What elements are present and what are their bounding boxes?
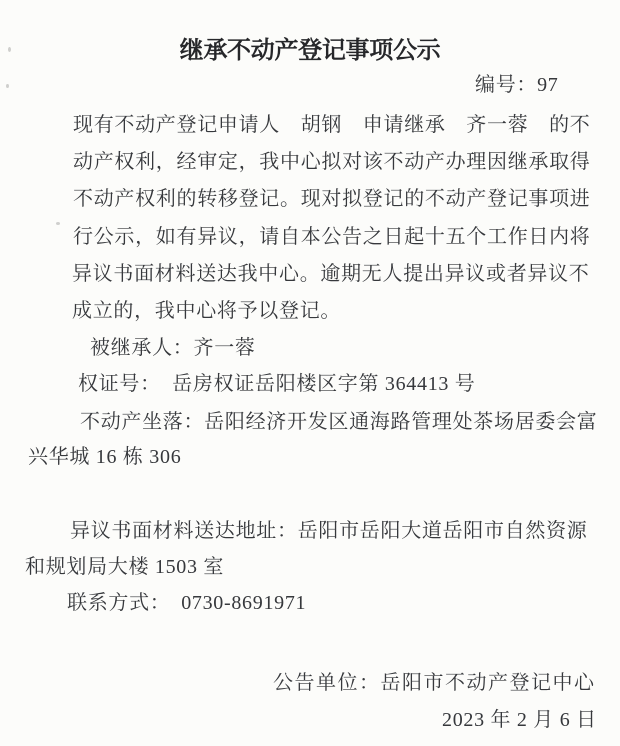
heir-field: 被继承人：齐一蓉 — [90, 337, 256, 359]
body-paragraph-line: 动产权利，经审定，我中心拟对该不动产办理因继承取得 — [73, 151, 591, 173]
scan-speck — [8, 47, 11, 52]
property-location-line: 不动产坐落：岳阳经济开发区通海路管理处茶场居委会富 — [80, 411, 598, 433]
body-paragraph-line: 行公示，如有异议，请自本公告之日起十五个工作日内将 — [73, 226, 591, 248]
contact-phone-field: 联系方式： 0730-8691971 — [67, 592, 306, 614]
body-paragraph-line: 成立的，我中心将予以登记。 — [72, 300, 341, 322]
document-number: 编号：97 — [475, 74, 559, 96]
property-location-line: 兴华城 16 栋 306 — [28, 446, 181, 468]
body-paragraph-line: 异议书面材料送达我中心。逾期无人提出异议或者异议不 — [72, 263, 590, 285]
document-title: 继承不动产登记事项公示 — [180, 30, 441, 65]
body-paragraph-line: 不动产权利的转移登记。现对拟登记的不动产登记事项进 — [73, 188, 591, 210]
objection-address-line: 和规划局大楼 1503 室 — [25, 556, 224, 578]
issuing-unit: 公告单位：岳阳市不动产登记中心 — [273, 672, 596, 694]
issue-date: 2023 年 2 月 6 日 — [442, 709, 597, 731]
scan-speck — [56, 222, 60, 225]
scan-speck — [6, 84, 9, 88]
certificate-number-field: 权证号： 岳房权证岳阳楼区字第 364413 号 — [78, 373, 476, 395]
notice-document: 继承不动产登记事项公示 编号：97 现有不动产登记申请人 胡钢 申请继承 齐一蓉… — [0, 0, 620, 746]
objection-address-line: 异议书面材料送达地址：岳阳市岳阳大道岳阳市自然资源 — [70, 520, 588, 542]
body-paragraph-line: 现有不动产登记申请人 胡钢 申请继承 齐一蓉 的不 — [73, 114, 591, 136]
